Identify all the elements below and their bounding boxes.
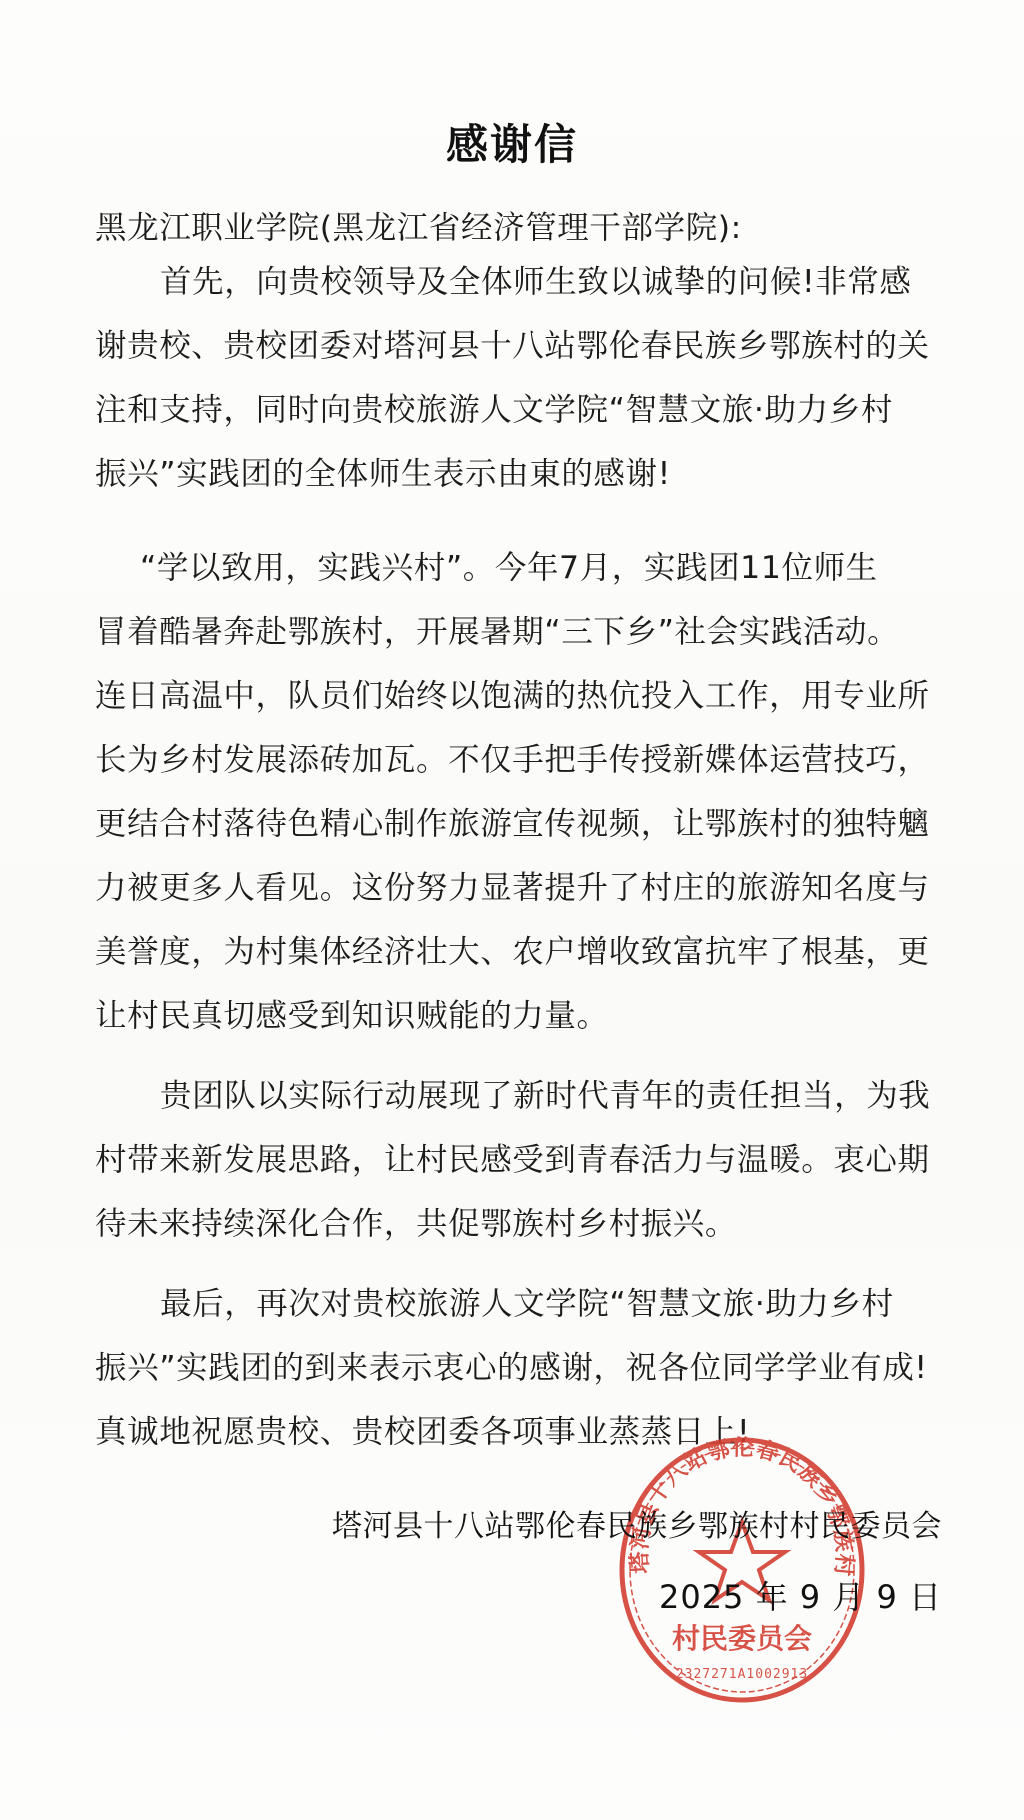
paragraph-4-line-2: 振兴”实践团的到来表示衷心的感谢，祝各位同学学业有成! — [95, 1348, 945, 1388]
paragraph-2-line-3: 连日高温中，队员们始终以饱满的热伉投入工作，用专业所 — [95, 676, 945, 716]
paragraph-3-line-2: 村带来新发展思路，让村民感受到青春活力与温暖。衷心期 — [95, 1140, 945, 1180]
signature-organization: 塔河县十八站鄂伦春民族乡鄂族村村民委员会 — [332, 1507, 942, 1547]
paragraph-2-line-1: “学以致用，实践兴村”。今年7月，实践团11位师生 — [140, 548, 990, 588]
paragraph-2-line-4: 长为乡村发展添砖加瓦。不仅手把手传授新媟体运营技巧， — [95, 740, 945, 780]
official-seal-stamp-icon: 塔河县十八站鄂伦春民族乡鄂族村 村民委员会 2327271A1002913 — [612, 1430, 872, 1710]
letter-title: 感谢信 — [0, 112, 1024, 172]
paragraph-1-line-2: 谢贵校、贵校团委对塔河县十八站鄂伦春民族乡鄂族村的关 — [95, 326, 945, 366]
paragraph-2-line-7: 美誉度，为村集体经济壮大、农户增收致富抗牢了根基，更 — [95, 932, 945, 972]
letter-page: 感谢信 黑龙江职业学院(黑龙江省经济管理干部学院): 首先，向贵校领导及全体师生… — [0, 0, 1024, 1820]
paragraph-3-line-3: 待未来持续深化合作，共促鄂族村乡村振兴。 — [95, 1204, 945, 1244]
svg-text:2327271A1002913: 2327271A1002913 — [676, 1667, 808, 1682]
paragraph-3-line-1: 贵团队以实际行动展现了新时代青年的责任担当，为我 — [160, 1076, 945, 1116]
paragraph-1-line-1: 首先，向贵校领导及全体师生致以诚挚的问候!非常感 — [160, 262, 945, 302]
salutation: 黑龙江职业学院(黑龙江省经济管理干部学院): — [95, 208, 945, 248]
letter-date: 2025 年 9 月 9 日 — [659, 1577, 942, 1617]
paragraph-1-line-3: 注和支持，同时向贵校旅游人文学院“智慧文旅·助力乡村 — [95, 390, 945, 430]
paragraph-2-line-6: 力被更多人看见。这份努力显著提升了村庄的旅游知名度与 — [95, 868, 945, 908]
svg-text:村民委员会: 村民委员会 — [672, 1622, 812, 1655]
paragraph-1-line-4: 振兴”实践团的全体师生表示由東的感谢! — [95, 454, 945, 494]
paragraph-2-line-5: 更结合村落待色精心制作旅游宣传视频，让鄂族村的独特魑 — [95, 804, 945, 844]
paragraph-4-line-1: 最后，再次对贵校旅游人文学院“智慧文旅·助力乡村 — [160, 1284, 945, 1324]
paragraph-2-line-8: 让村民真切感受到知识贼能的力量。 — [95, 996, 945, 1036]
paragraph-2-line-2: 冒着酷暑奔赴鄂族村，开展暑期“三下乡”社会实践活动。 — [95, 612, 945, 652]
